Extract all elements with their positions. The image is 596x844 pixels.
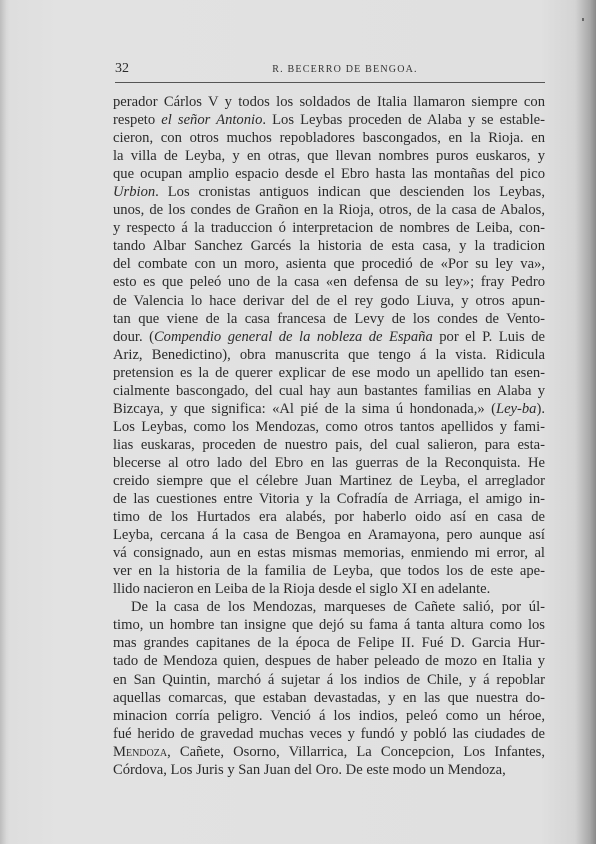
text-line: Bizcaya, y que significa: «Al pié de la … <box>113 400 545 418</box>
text-line: tando Albar Sanchez Garcés la historia d… <box>113 237 545 255</box>
text-line: blecerse al otro lado del Ebro en las gu… <box>113 454 545 472</box>
text-line: que ocupan amplio espacio desde el Ebro … <box>113 165 545 183</box>
text-line: la villa de Leyba, y en otras, que lleva… <box>113 147 545 165</box>
text-line: Ariz, Benedictino), obra manuscrita que … <box>113 346 545 364</box>
text-line: dour. (Compendio general de la nobleza d… <box>113 328 545 346</box>
text-line: De la casa de los Mendozas, marqueses de… <box>113 598 545 616</box>
text-line: llido nacieron en Leiba de la Rioja desd… <box>113 580 545 598</box>
text-line: Leyba, cercana á la casa de Bengoa en Ar… <box>113 526 545 544</box>
text-line: y respecto á la traduccion ó interpretac… <box>113 219 545 237</box>
page-gutter-edge <box>0 0 6 844</box>
text-line: respeto el señor Antonio. Los Leybas pro… <box>113 111 545 129</box>
small-caps-text: Mendoza <box>113 744 167 760</box>
text-line: unos, de los condes de Grañon en la Rioj… <box>113 201 545 219</box>
text-line: cialmente bascongado, del cual hay aun b… <box>113 382 545 400</box>
body-text: perador Cárlos V y todos los soldados de… <box>113 93 545 779</box>
italic-text: Ley-ba <box>496 401 537 417</box>
text-line: en San Quintin, marchó á sujetar á los i… <box>113 671 545 689</box>
text-line: Urbion. Los cronistas antiguos indican q… <box>113 183 545 201</box>
text-line: lias euskaras, proceden de nuestro pais,… <box>113 436 545 454</box>
italic-text: el señor Antonio <box>161 112 262 128</box>
book-page: 32 R. BECERRO DE BENGOA. perador Cárlos … <box>0 0 596 844</box>
text-line: tado de Mendoza quien, despues de haber … <box>113 652 545 670</box>
text-line: minacion corría peligro. Venció á los in… <box>113 707 545 725</box>
paragraph: De la casa de los Mendozas, marqueses de… <box>113 598 545 778</box>
text-line: de Valencia lo hace derivar del de el re… <box>113 292 545 310</box>
paper-speck <box>582 18 584 21</box>
text-line: timo de los Hurtados era alabés, por hab… <box>113 508 545 526</box>
text-line: fué herido de gravedad muchas veces y fu… <box>113 725 545 743</box>
text-line: esto es que peleó uno de la casa «en def… <box>113 273 545 291</box>
text-line: aquellas comarcas, que estaban devastada… <box>113 689 545 707</box>
text-line: Córdova, Los Juris y San Juan del Oro. D… <box>113 761 545 779</box>
text-line: cieron, con otros muchos repobladores ba… <box>113 129 545 147</box>
text-line: tan que viene de la casa francesa de Lev… <box>113 310 545 328</box>
text-line: creido siempre que el célebre Juan Marti… <box>113 472 545 490</box>
header-rule <box>115 82 545 83</box>
text-line: ver en la historia de la familia de Leyb… <box>113 562 545 580</box>
text-line: perador Cárlos V y todos los soldados de… <box>113 93 545 111</box>
text-line: Mendoza, Cañete, Osorno, Villarrica, La … <box>113 743 545 761</box>
text-line: timo, un hombre tan insigne que dejó su … <box>113 616 545 634</box>
text-line: Los Leybas, como los Mendozas, como otro… <box>113 418 545 436</box>
running-title: R. BECERRO DE BENGOA. <box>115 64 545 75</box>
paragraph: perador Cárlos V y todos los soldados de… <box>113 93 545 598</box>
text-line: mas grandes capitanes de la época de Fel… <box>113 634 545 652</box>
italic-text: Urbion <box>113 184 155 200</box>
text-line: pretension es la de querer explicar de e… <box>113 364 545 382</box>
text-line: vá consignado, aun en estas mismas memor… <box>113 544 545 562</box>
text-line: de las cuestiones entre Vitoria y la Cof… <box>113 490 545 508</box>
page-header: 32 R. BECERRO DE BENGOA. <box>115 61 545 79</box>
text-line: del combate con un moro, asienta que pro… <box>113 255 545 273</box>
italic-text: Compendio general de la nobleza de Españ… <box>154 329 433 345</box>
